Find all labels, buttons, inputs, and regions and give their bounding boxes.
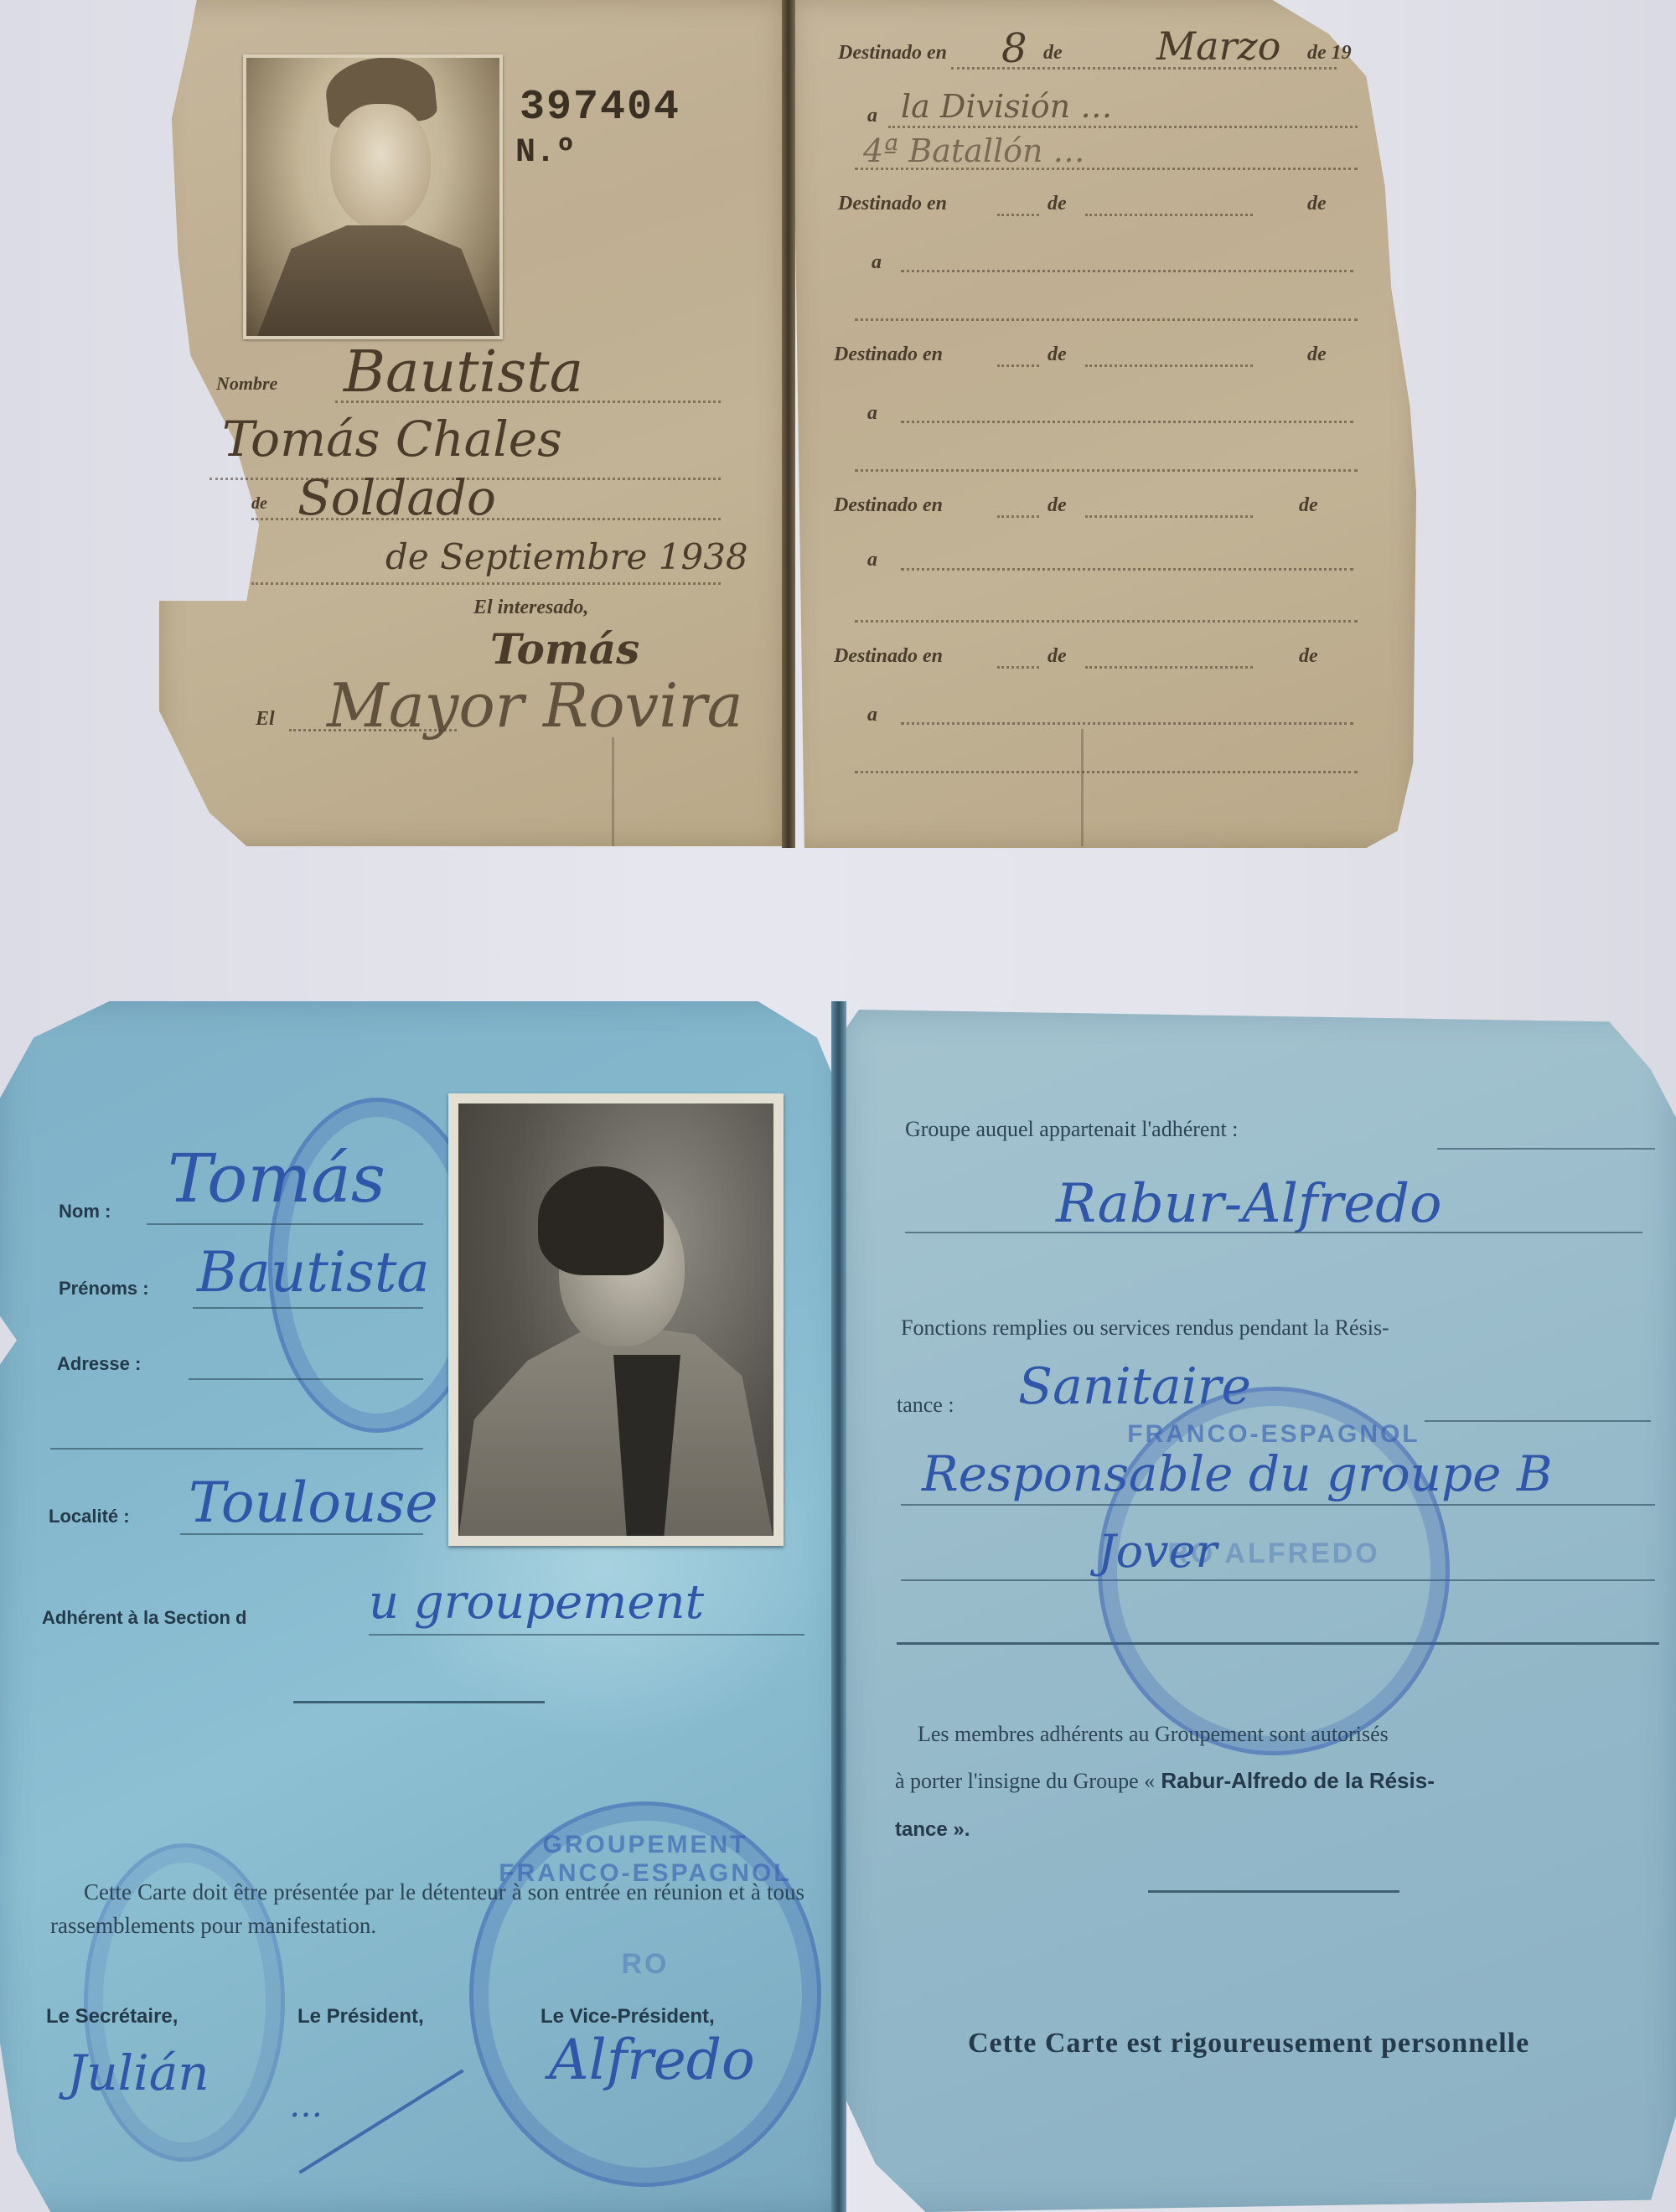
de-label: de: [1047, 344, 1067, 366]
de-label: de: [1307, 344, 1327, 366]
vice-president-title: Le Vice-Président,: [541, 2005, 715, 2029]
dotted-line: [997, 666, 1039, 669]
stamp-icon: GROUPEMENT FRANCO-ESPAGNOL RO: [469, 1801, 821, 2187]
insigne-group-name: Rabur-Alfredo de la Résis-: [1161, 1768, 1435, 1793]
dotted-line: [1085, 364, 1253, 367]
destinado-unit: la División …: [901, 88, 1112, 125]
dotted-line: [997, 364, 1039, 367]
paper-crease: [612, 737, 614, 846]
soldier-portrait-photo: [243, 54, 503, 339]
dotted-line: [855, 318, 1358, 321]
nom-value: Tomás: [168, 1140, 385, 1217]
adresse-label: Adresse :: [57, 1353, 141, 1375]
uniform-shirt: [255, 225, 498, 339]
dotted-line: [855, 168, 1358, 170]
personal-card-notice: Cette Carte est rigoureusement personnel…: [968, 2028, 1529, 2060]
stamp-inner-text: RO ALFREDO: [1102, 1538, 1446, 1570]
member-portrait-photo: [448, 1093, 784, 1546]
dotted-line: [335, 401, 721, 403]
insigne-notice-line-3: tance ».: [895, 1818, 970, 1842]
number-label: N.º: [515, 134, 576, 172]
president-title: Le Président,: [297, 2005, 424, 2029]
stamp-icon: FRANCO-ESPAGNOL RO ALFREDO: [1098, 1387, 1450, 1755]
a-label: a: [867, 402, 877, 425]
a-label: a: [867, 105, 877, 127]
dotted-line: [251, 582, 721, 585]
military-card-fold: [782, 0, 795, 848]
localite-value: Toulouse: [189, 1470, 437, 1535]
de-label: de: [1299, 494, 1318, 517]
de-label: de: [1307, 193, 1327, 215]
field-underline: [193, 1307, 423, 1309]
interesado-label: El interesado,: [473, 597, 588, 619]
field-underline: [189, 1378, 423, 1380]
dotted-line: [901, 722, 1353, 725]
destinado-label: Destinado en: [838, 193, 947, 215]
rank-label: de: [251, 494, 267, 514]
dotted-line: [901, 270, 1353, 272]
secretary-signature: Julián: [67, 2044, 209, 2101]
dotted-line: [951, 67, 1337, 70]
president-signature: …: [289, 2086, 323, 2125]
de-label: de: [1047, 494, 1067, 517]
stamp-text: FRANCO-ESPAGNOL: [1102, 1420, 1446, 1449]
a-label: a: [872, 251, 882, 274]
a-label: a: [867, 704, 877, 726]
dotted-line: [251, 518, 721, 520]
name-line-2: Tomás Chales: [222, 411, 562, 468]
field-underline: [147, 1223, 423, 1225]
field-underline: [180, 1533, 423, 1535]
insigne-prefix: à porter l'insigne du Groupe «: [895, 1769, 1155, 1793]
de-label: de: [1299, 645, 1318, 668]
dotted-line: [1085, 515, 1253, 518]
jefe-label: El: [256, 708, 275, 731]
insigne-notice-line-2: à porter l'insigne du Groupe « Rabur-Alf…: [895, 1768, 1435, 1794]
membership-card-fold: [831, 1001, 846, 2212]
dotted-line: [1085, 214, 1253, 216]
nom-label: Nom :: [59, 1201, 111, 1222]
dotted-line: [901, 568, 1353, 571]
interesado-signature: Tomás: [490, 624, 639, 674]
groupe-value: Rabur-Alfredo: [1056, 1173, 1442, 1235]
section-label: Adhérent à la Section d: [42, 1607, 247, 1629]
divider: [1148, 1890, 1399, 1893]
destinado-battalion: 4ª Batallón …: [863, 132, 1085, 169]
prenoms-value: Bautista: [197, 1240, 430, 1305]
jacket: [458, 1321, 773, 1536]
fonctions-label-cont: tance :: [897, 1393, 954, 1418]
face: [330, 104, 431, 230]
field-underline: [369, 1634, 804, 1636]
destinado-label: Destinado en: [834, 344, 943, 366]
year-label: de 19: [1307, 42, 1352, 65]
destinado-month: Marzo: [1156, 23, 1280, 69]
serial-number: 397404: [520, 84, 680, 132]
dotted-line: [855, 620, 1358, 623]
dotted-line: [855, 771, 1358, 773]
section-value: u groupement: [369, 1575, 704, 1630]
dotted-line: [901, 421, 1353, 423]
nombre-label: Nombre: [216, 373, 277, 395]
destinations-list: Destinado en 8 de Marzo de 19 a la Divis…: [838, 42, 1374, 796]
jefe-signature: Mayor Rovira: [327, 670, 743, 741]
insigne-notice-line-1: Les membres adhérents au Groupement sont…: [918, 1722, 1389, 1747]
date-line: de Septiembre 1938: [385, 536, 748, 577]
stamp-inner-text: RO: [473, 1948, 817, 1981]
divider: [293, 1701, 545, 1703]
name-line-1: Bautista: [344, 339, 583, 406]
destinado-day: 8: [1001, 25, 1027, 72]
dotted-line: [997, 515, 1039, 518]
destinado-label: Destinado en: [838, 42, 947, 65]
dotted-line: [997, 214, 1039, 216]
destinado-label: Destinado en: [834, 494, 943, 517]
field-underline: [1425, 1420, 1651, 1422]
secretary-title: Le Secrétaire,: [46, 2005, 178, 2029]
dotted-line: [888, 126, 1358, 128]
field-underline: [905, 1232, 1642, 1233]
localite-label: Localité :: [49, 1506, 130, 1527]
groupe-label: Groupe auquel appartenait l'adhérent :: [905, 1117, 1238, 1142]
a-label: a: [867, 549, 877, 571]
hair: [538, 1166, 664, 1275]
dotted-line: [1085, 666, 1253, 669]
field-underline: [50, 1448, 423, 1450]
fonctions-label: Fonctions remplies ou services rendus pe…: [901, 1315, 1389, 1341]
de-label: de: [1047, 645, 1067, 668]
de-label: de: [1043, 42, 1063, 65]
presentation-notice: Cette Carte doit être présentée par le d…: [50, 1875, 804, 1942]
destinado-label: Destinado en: [834, 645, 943, 668]
vice-president-signature: Alfredo: [549, 2028, 755, 2092]
prenoms-label: Prénoms :: [59, 1278, 149, 1300]
de-label: de: [1047, 193, 1067, 215]
dotted-line: [855, 469, 1358, 472]
field-underline: [1437, 1148, 1655, 1150]
